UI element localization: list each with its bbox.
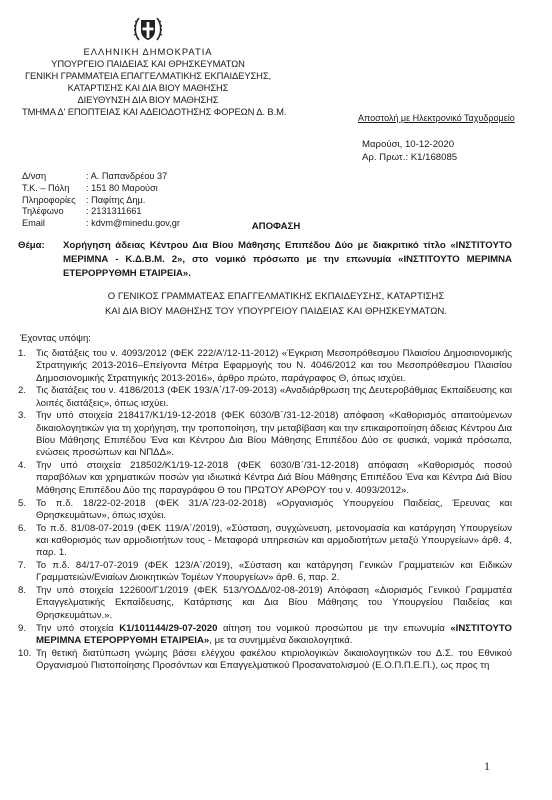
contact-value: : Παφίτης Δημ.	[86, 195, 145, 207]
header-line: ΓΕΝΙΚΗ ΓΡΑΜΜΑΤΕΙΑ ΕΠΑΓΓΕΛΜΑΤΙΚΗΣ ΕΚΠΑΙΔΕ…	[22, 70, 274, 82]
contact-row: Τηλέφωνο: 2131311661	[22, 206, 180, 218]
contact-value: : 2131311661	[86, 206, 142, 218]
document-page: ΕΛΛΗΝΙΚΗ ΔΗΜΟΚΡΑΤΙΑ ΥΠΟΥΡΓΕΙΟ ΠΑΙΔΕΙΑΣ Κ…	[0, 0, 552, 800]
considerations-intro: Έχοντας υπόψη:	[20, 333, 91, 345]
header-line: ΚΑΤΑΡΤΙΣΗΣ ΚΑΙ ΔΙΑ ΒΙΟΥ ΜΑΘΗΣΗΣ	[22, 82, 274, 94]
item-number: 3.	[18, 410, 26, 422]
header-line: ΕΛΛΗΝΙΚΗ ΔΗΜΟΚΡΑΤΙΑ	[22, 46, 274, 58]
item-number: 1.	[18, 348, 26, 360]
item-number: 9.	[18, 623, 26, 635]
item-text: Το π.δ. 81/08-07-2019 (ΦΕΚ 119/Α΄/2019),…	[36, 523, 512, 559]
protocol-number: Αρ. Πρωτ.: Κ1/168085	[362, 152, 457, 165]
list-item: 7.Το π.δ. 84/17-07-2019 (ΦΕΚ 123/Α΄/2019…	[18, 560, 512, 585]
item-text: Την υπό στοιχεία 122600/Γ1/2019 (ΦΕΚ 513…	[36, 585, 512, 621]
item-text-post: , με τα συνημμένα δικαιολογητικά.	[209, 635, 352, 646]
item-text: Την υπό στοιχεία 218502/Κ1/19-12-2018 (Φ…	[36, 460, 512, 496]
header-line: ΔΙΕΥΘΥΝΣΗ ΔΙΑ ΒΙΟΥ ΜΑΘΗΣΗΣ	[22, 94, 274, 106]
list-item: 10.Τη θετική διατύπωση γνώμης βάσει ελέγ…	[18, 648, 512, 673]
contact-value: : 151 80 Μαρούσι	[86, 183, 158, 195]
item-number: 10.	[18, 648, 31, 660]
list-item: 4.Την υπό στοιχεία 218502/Κ1/19-12-2018 …	[18, 460, 512, 497]
list-item: 6.Το π.δ. 81/08-07-2019 (ΦΕΚ 119/Α΄/2019…	[18, 523, 512, 560]
item-number: 8.	[18, 585, 26, 597]
header-line: ΥΠΟΥΡΓΕΙΟ ΠΑΙΔΕΙΑΣ ΚΑΙ ΘΡΗΣΚΕΥΜΑΤΩΝ	[22, 58, 274, 70]
date-protocol-block: Μαρούσι, 10-12-2020 Αρ. Πρωτ.: Κ1/168085	[362, 139, 457, 164]
item-number: 6.	[18, 523, 26, 535]
item-text-mid: αίτηση του νομικού προσώπου με την επωνυ…	[217, 623, 450, 634]
item-text: Το π.δ. 18/22-02-2018 (ΦΕΚ 31/Α΄/23-02-2…	[36, 498, 512, 521]
list-item: 2.Τις διατάξεις του ν. 4186/2013 (ΦΕΚ 19…	[18, 385, 512, 410]
page-number: 1	[484, 760, 490, 772]
item-number: 4.	[18, 460, 26, 472]
item-text-pre: Την υπό στοιχεία	[36, 623, 119, 634]
item-text: Την υπό στοιχεία 218417/Κ1/19-12-2018 (Φ…	[36, 410, 512, 458]
contact-label: Τ.Κ. – Πόλη	[22, 183, 86, 195]
item-number: 7.	[18, 560, 26, 572]
delivery-note: Αποστολή με Ηλεκτρονικό Ταχυδρομείο	[358, 112, 515, 124]
considerations-list: 1.Τις διατάξεις του ν. 4093/2012 (ΦΕΚ 22…	[18, 348, 512, 673]
subject-label: Θέμα:	[18, 239, 45, 253]
list-item: 5.Το π.δ. 18/22-02-2018 (ΦΕΚ 31/Α΄/23-02…	[18, 498, 512, 523]
header-line: ΤΜΗΜΑ Δ' ΕΠΟΠΤΕΙΑΣ ΚΑΙ ΑΔΕΙΟΔΟΤΗΣΗΣ ΦΟΡΕ…	[22, 106, 274, 118]
contact-row: Πληροφορίες: Παφίτης Δημ.	[22, 195, 180, 207]
list-item: 3.Την υπό στοιχεία 218417/Κ1/19-12-2018 …	[18, 410, 512, 459]
item-number: 5.	[18, 498, 26, 510]
item-text: Το π.δ. 84/17-07-2019 (ΦΕΚ 123/Α΄/2019),…	[36, 560, 512, 583]
item-text: Τη θετική διατύπωση γνώμης βάσει ελέγχου…	[36, 648, 512, 671]
list-item: 9.Την υπό στοιχεία Κ1/101144/29-07-2020 …	[18, 623, 512, 648]
place-date: Μαρούσι, 10-12-2020	[362, 139, 457, 152]
document-title: ΑΠΟΦΑΣΗ	[0, 221, 552, 233]
item-text: Τις διατάξεις του ν. 4093/2012 (ΦΕΚ 222/…	[36, 348, 512, 384]
contact-row: Δ/νση: Α. Παπανδρέου 37	[22, 171, 180, 183]
contact-value: : Α. Παπανδρέου 37	[86, 171, 167, 183]
authority-line: ΚΑΙ ΔΙΑ ΒΙΟΥ ΜΑΘΗΣΗΣ ΤΟΥ ΥΠΟΥΡΓΕΙΟΥ ΠΑΙΔ…	[0, 304, 552, 319]
list-item: 8.Την υπό στοιχεία 122600/Γ1/2019 (ΦΕΚ 5…	[18, 585, 512, 622]
subject-text: Χορήγηση άδειας Κέντρου Δια Βίου Μάθησης…	[63, 239, 512, 281]
item-number: 2.	[18, 385, 26, 397]
authority-line: Ο ΓΕΝΙΚΟΣ ΓΡΑΜΜΑΤΕΑΣ ΕΠΑΓΓΕΛΜΑΤΙΚΗΣ ΕΚΠΑ…	[0, 289, 552, 304]
contact-label: Πληροφορίες	[22, 195, 86, 207]
letterhead: ΕΛΛΗΝΙΚΗ ΔΗΜΟΚΡΑΤΙΑ ΥΠΟΥΡΓΕΙΟ ΠΑΙΔΕΙΑΣ Κ…	[22, 14, 274, 118]
contact-row: Τ.Κ. – Πόλη: 151 80 Μαρούσι	[22, 183, 180, 195]
application-number: Κ1/101144/29-07-2020	[119, 623, 217, 634]
greek-coat-of-arms-icon	[133, 14, 163, 44]
contact-label: Δ/νση	[22, 171, 86, 183]
item-text: Τις διατάξεις του ν. 4186/2013 (ΦΕΚ 193/…	[36, 385, 512, 408]
issuing-authority: Ο ΓΕΝΙΚΟΣ ΓΡΑΜΜΑΤΕΑΣ ΕΠΑΓΓΕΛΜΑΤΙΚΗΣ ΕΚΠΑ…	[0, 289, 552, 319]
subject: Θέμα: Χορήγηση άδειας Κέντρου Δια Βίου Μ…	[18, 239, 512, 281]
contact-label: Τηλέφωνο	[22, 206, 86, 218]
list-item: 1.Τις διατάξεις του ν. 4093/2012 (ΦΕΚ 22…	[18, 348, 512, 385]
